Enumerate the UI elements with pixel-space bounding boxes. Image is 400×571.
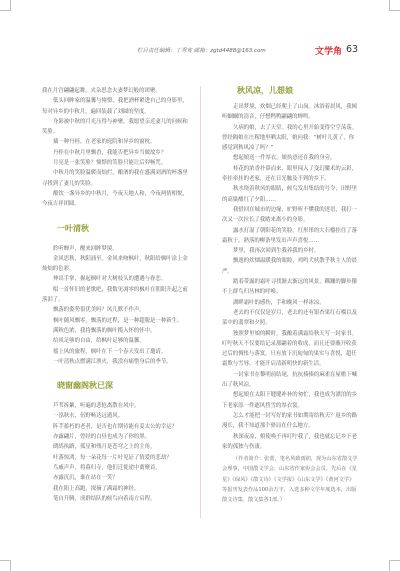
crop-mark-top-left: [0, 0, 11, 11]
paragraph: 飘落的姿势很优美吗？风儿默不作声。: [42, 305, 188, 315]
paragraph: 鹧鸪执路，孤星和残月是苍穹之上的主角。: [42, 442, 188, 452]
paragraph: 摇上风的旅程，枫叶在下一个春天发出了邀请。: [42, 347, 188, 357]
paragraph: 月亮是一张笑脸？憧憬的笑脸只能让后羿畅咒。: [42, 158, 188, 168]
paragraph: 秋深夜凉，娘使唤不再叮咛我了，我也就忘记乡下老家的孤独与伤凄。: [222, 432, 358, 453]
poem-heading: 晓窗幽阁秋已深: [57, 381, 188, 391]
paragraph: 湖畔霜叶的感伤，手和晚风一样冰凉。: [222, 298, 358, 308]
paragraph: 梦里，我再次回到生我养我的乡村。: [222, 246, 358, 256]
crop-mark-top-right: [389, 0, 400, 11]
page-number: 63: [346, 44, 358, 55]
paragraph: 想起娘在太阳下缝缝补补的匆忙，我也成为漂泊的乡下老家添一件遮风挡雪的厚衣裳。: [222, 390, 358, 411]
paragraph: 满秋色浓，我将飘落的枫叶揽入怀的怀中。: [42, 326, 188, 336]
paragraph: 踏着带露的霜叶寻找渐去渐远的风景，蹒跚的脚步攥不上群鸟归丛林的呼唤。: [222, 277, 358, 298]
paragraph: 我在月宫翩翩起舞，夹杂思念夫妻梦幻般的团聚。: [42, 86, 188, 96]
paragraph: 唱一首怀旧的老歌吧，我数见凋零的枫叶在朝阳升起之前落泪了。: [42, 285, 188, 306]
editor-info: 栏目责任编辑：丁秀宵 邮箱：zgtd4488@163.com: [137, 46, 266, 54]
paragraph: 芦苇拆絮，听遍的悲怆离散在风中。: [42, 401, 188, 411]
paragraph: 走出梦境，炊烟已经爬上了山岗。沐浴着晨风，我倾听蝈蝈的清音，仔想鸭鸭翩翩的蝉鸣。: [222, 102, 358, 123]
paragraph: 插一种丹桂，在老家的庭院和异乡的窗枕。: [42, 137, 188, 147]
crop-mark-bottom-left: [0, 560, 11, 571]
paragraph: 伸出手掌，握起枫叶对大树枝头的遭遇与眷恋。: [42, 274, 188, 284]
paragraph: 久病的娘，去了天堂。我的心里开始变得空空荡荡。曾经隔娘在庄稼地里晒太阳，娘问我：…: [222, 123, 358, 154]
author-bio: （作者简介：张蕾，笔名风致雨润，现为山东省散文学会理事，中国散文学会、山东省作家…: [222, 454, 358, 505]
paragraph: 聆听蝉声，醒来回眸梦境。: [42, 244, 188, 254]
paragraph: 身影被中秋的月光压得与神聚，我愿望亲近妻儿的问候和笑脸。: [42, 117, 188, 138]
paragraph: 枫叶随风飘零。飘落的过程，是一种超脱是一种新生。: [42, 316, 188, 326]
paragraph: 想起娘送一件厚衣，娘执意还在我的身旁。: [222, 153, 358, 163]
paragraph: 给风足够的自由，给枫叶足够的温馨。: [42, 336, 188, 346]
paragraph: 老去的不仅仅是岁月，老去的还有银杏果红石榴以及菜中的翡翠和夕照。: [222, 308, 358, 329]
paragraph: 赤露沉沉，谁在站在一笑？: [42, 473, 188, 483]
paragraph: 桂花的浓香扑鼻而来，眼里闯入了变幻魔术的云彩，牵挂牵挂的老家，还在日光触及不到的…: [222, 164, 358, 185]
paragraph: 怎么才能把一封写好的家书如期寄给秋天？返乡的路漫长，我不知道那个驿局在什么地方。: [222, 411, 358, 432]
column-divider: [200, 86, 201, 518]
paragraph: 鸟戚声声，将暮归寺，他们迁徙途中离聚首。: [42, 463, 188, 473]
paragraph: 我借回在城市的边缘，旷野听不懂我的述语，我打一次又一次拉长了我踏来离小的身影。: [222, 205, 358, 226]
paragraph: 飘逸的炊烟温暖我的眼睑，鸡鸣犬吠散乎秋主人的晨严。: [222, 256, 358, 277]
right-column: 秋风凉，儿想娘 走出梦境，炊烟已经爬上了山岗。沐浴着晨风，我倾听蝈蝈的清音，仔想…: [222, 86, 358, 506]
paragraph: 丹桂在中秋月里飘香，我能否把异乡当做故乡？: [42, 148, 188, 158]
paragraph: 金风思秋，秋阳涌至。金风来吻枫叶，秋阳给枫叶涂上金灿灿的色彩。: [42, 254, 188, 275]
paragraph: 低头回眸家的温馨与憧憬，我把酒杯紧进自己的身影里，每对异乡的中秋月，遍回装载了刘…: [42, 96, 188, 117]
left-column: 我在月宫翩翩起舞，夹杂思念夫妻梦幻般的团聚。 低头回眸家的温馨与憧憬，我把酒杯紧…: [42, 86, 188, 504]
paragraph: 独照梦里娘的瞬时，我酿着满霜给秋天写一封家书。叮咛秋天不仅要给记录那翩着的收成，…: [222, 329, 358, 370]
poem-heading: 一叶清秋: [57, 224, 188, 234]
paragraph: 中秋月的笑脸温暖而灿烂，酿酒的我在盛满刘酒的杯盏里寻找到了妻儿的笑脸。: [42, 168, 188, 189]
page-header: 栏目责任编辑：丁秀宵 邮箱：zgtd4488@163.com 文学角 63: [0, 44, 400, 58]
paragraph: 露水打湿了朝阳花的笑脸，红彤彤的大石榴挂住了落霜秋干。熟落的柳条里发出声声喜悦……: [222, 226, 358, 247]
paragraph: 叶落惊鸿，每一朵花每一片叶见证了情爱的悲劫？: [42, 453, 188, 463]
paragraph: 一叶清秋点燃满江渔火，我没有痛惜身后的季节。: [42, 357, 188, 367]
paragraph: 亦露翩片，曾经的白昼也成为了你的黑。: [42, 432, 188, 442]
crop-mark-bottom-right: [389, 560, 400, 571]
paragraph: 我在阳上高跑，探摘了满霜的神经。: [42, 484, 188, 494]
poem-heading: 秋风凉，儿想娘: [237, 86, 358, 96]
paragraph: 酿饮一盏异乡的中秋月，今夜天地人和，今夜两情相悦，今夜吉祥团圆。: [42, 189, 188, 210]
paragraph: 秋水绕着秋风的眼睛，候鸟发出集结的号令，田野里的高粱酿红了夕阳……: [222, 184, 358, 205]
section-title: 文学角: [315, 44, 342, 57]
paragraph: 一封家书在黎明前结尾，抗抗揍揍的麻雀在屋檐下喊出了秋风凉。: [222, 370, 358, 391]
paragraph: 一泓秋水，伍野畅达远遁风。: [42, 411, 188, 421]
paragraph: 阵芋蓄朽的老者，是否也在期待能有姜太公的幸运？: [42, 422, 188, 432]
paragraph: 笔自升腾，成群结队的候鸟向着南方启程。: [42, 494, 188, 504]
